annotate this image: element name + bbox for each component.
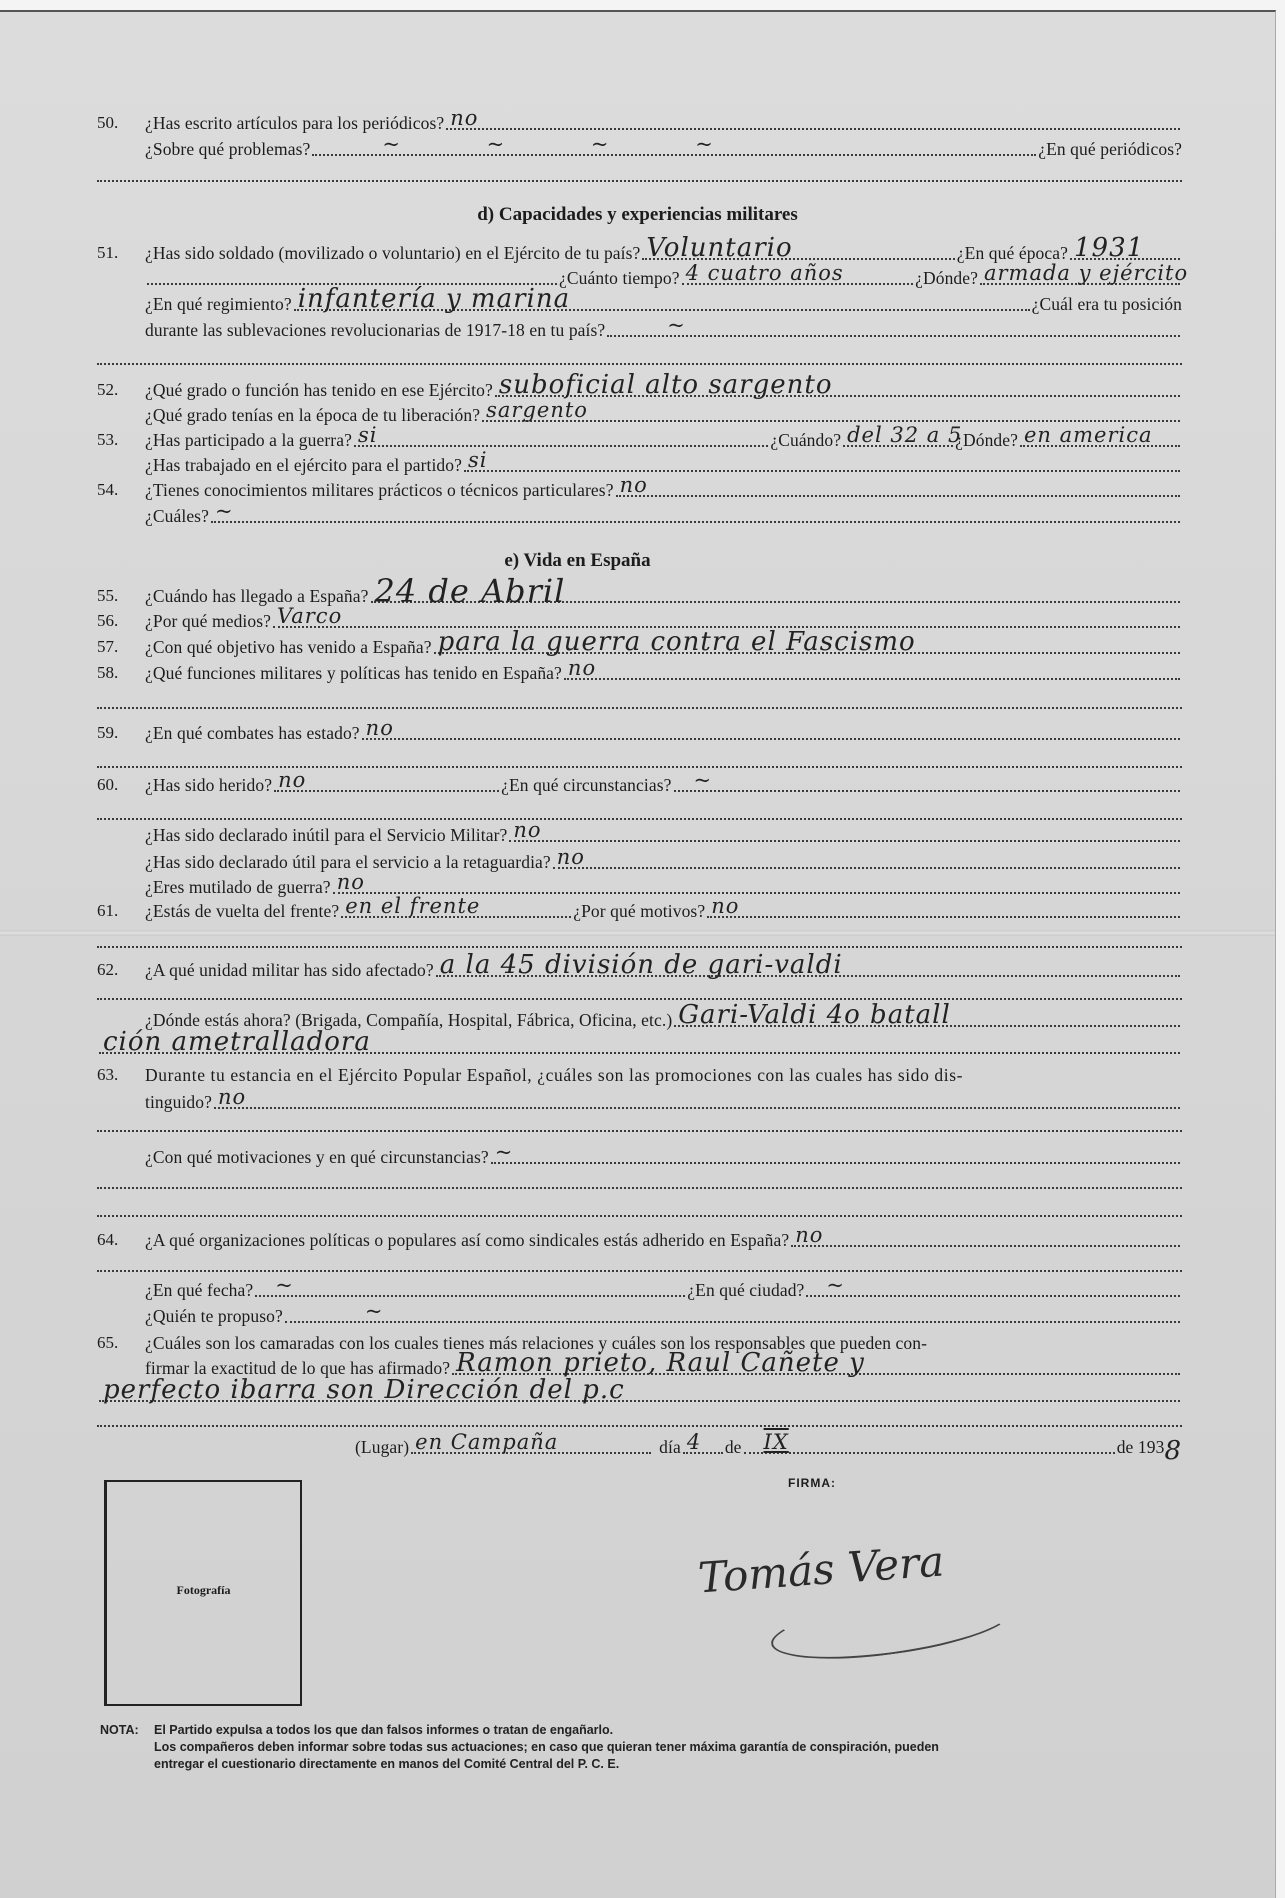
- answer-field[interactable]: a la 45 división de gari-valdi: [436, 975, 1180, 977]
- answer-field[interactable]: 4 cuatro años: [682, 283, 914, 285]
- handwritten-answer: ~: [365, 1299, 384, 1323]
- year-value: 8: [1164, 1439, 1182, 1463]
- q51-row-3: ¿En qué regimiento? infantería y marina …: [97, 292, 1182, 316]
- question-number: 54.: [97, 478, 145, 502]
- question-label: ¿En qué ciudad?: [687, 1278, 804, 1302]
- answer-field[interactable]: perfecto ibarra son Dirección del p.c: [99, 1400, 1180, 1402]
- handwritten-answer: en america: [1024, 423, 1153, 447]
- answer-field[interactable]: no: [707, 916, 1180, 918]
- q63-row-1: 63. Durante tu estancia en el Ejército P…: [97, 1063, 1182, 1087]
- answer-field[interactable]: no: [446, 128, 1180, 130]
- answer-field[interactable]: si: [354, 445, 768, 447]
- answer-field[interactable]: en america: [1020, 445, 1180, 447]
- handwritten-answer: no: [711, 894, 739, 918]
- question-label: ¿Quién te propuso?: [145, 1304, 283, 1328]
- question-label: ¿Has sido soldado (movilizado o voluntar…: [145, 241, 640, 265]
- answer-field[interactable]: en el frente: [341, 916, 571, 918]
- question-label: ¿En qué circunstancias?: [501, 773, 671, 797]
- dotted-line: [97, 363, 1182, 365]
- answer-field[interactable]: Voluntario: [642, 258, 954, 260]
- question-label: ¿Con qué motivaciones y en qué circunsta…: [145, 1145, 489, 1169]
- question-label: ¿Qué grado o función has tenido en ese E…: [145, 378, 493, 402]
- answer-field[interactable]: ~: [674, 790, 1180, 792]
- handwritten-answer: no: [568, 656, 596, 680]
- q51-row-4: durante las sublevaciones revolucionaria…: [97, 318, 1182, 342]
- q62-row-3: ción ametralladora: [97, 1035, 1182, 1059]
- answer-field[interactable]: no: [553, 867, 1180, 869]
- q63-row-3: ¿Con qué motivaciones y en qué circunsta…: [97, 1145, 1182, 1169]
- answer-field[interactable]: no: [616, 495, 1180, 497]
- handwritten-answer: si: [468, 448, 488, 472]
- dotted-line: [97, 180, 1182, 182]
- firma-label: FIRMA:: [788, 1476, 836, 1490]
- question-label: durante las sublevaciones revolucionaria…: [145, 318, 605, 342]
- dotted-line: [97, 707, 1182, 709]
- question-number: 57.: [97, 635, 145, 659]
- answer-field[interactable]: no: [274, 790, 499, 792]
- answer-field[interactable]: no: [214, 1107, 1180, 1109]
- nota-block: NOTA:El Partido expulsa a todos los que …: [100, 1722, 939, 1773]
- dotted-line: [97, 998, 1182, 1000]
- question-label: ¿Has trabajado en el ejército para el pa…: [145, 453, 462, 477]
- handwritten-answer: para la guerra contra el Fascismo: [438, 630, 916, 654]
- answer-field[interactable]: armada y ejército: [980, 283, 1180, 285]
- handwritten-answer: 24 de Abril: [375, 579, 566, 603]
- handwritten-answer: perfecto ibarra son Dirección del p.c: [103, 1378, 625, 1402]
- answer-field[interactable]: del 32 a 5: [843, 445, 953, 447]
- question-label: ¿Sobre qué problemas?: [145, 137, 310, 161]
- answer-field[interactable]: si: [464, 470, 1180, 472]
- handwritten-answer: en Campaña: [415, 1430, 558, 1454]
- photo-label: Fotografía: [107, 1583, 300, 1598]
- handwritten-answer: no: [513, 818, 541, 842]
- handwritten-answer: Voluntario: [646, 236, 792, 260]
- question-label: ¿En qué combates has estado?: [145, 721, 360, 745]
- answer-field[interactable]: no: [509, 840, 1180, 842]
- question-label: ¿Has sido declarado inútil para el Servi…: [145, 823, 507, 847]
- question-label: ¿Qué funciones militares y políticas has…: [145, 661, 562, 685]
- question-label: ¿Qué grado tenías en la época de tu libe…: [145, 403, 480, 427]
- handwritten-answer: no: [450, 106, 478, 130]
- question-label: ¿A qué organizaciones políticas o popula…: [145, 1228, 789, 1252]
- photo-box: Fotografía: [104, 1480, 302, 1706]
- section-heading-e: e) Vida en España: [0, 550, 1215, 572]
- handwritten-answer: ~: [275, 1273, 294, 1297]
- answer-field[interactable]: ~ ~ ~ ~: [312, 154, 1036, 156]
- handwritten-answer: a la 45 división de gari-valdi: [440, 953, 843, 977]
- nota-tag: NOTA:: [100, 1722, 154, 1739]
- handwritten-answer: Ramon prieto, Raul Cañete y: [456, 1351, 865, 1375]
- handwritten-answer: no: [278, 768, 306, 792]
- handwritten-answer: ~: [826, 1273, 845, 1297]
- q60-row-2: ¿Has sido declarado inútil para el Servi…: [97, 823, 1182, 847]
- question-number: 56.: [97, 609, 145, 633]
- handwritten-answer: 4: [687, 1430, 701, 1454]
- handwritten-answer: no: [795, 1223, 823, 1247]
- answer-field[interactable]: ~: [255, 1295, 685, 1297]
- handwritten-answer: 4 cuatro años: [686, 261, 844, 285]
- answer-field[interactable]: ción ametralladora: [99, 1052, 1180, 1054]
- month-field[interactable]: IX: [744, 1452, 1115, 1454]
- dotted-line: [97, 766, 1182, 768]
- answer-field[interactable]: ~: [211, 521, 1180, 523]
- nota-line-2: Los compañeros deben informar sobre toda…: [100, 1739, 939, 1756]
- q64-row-2: ¿En qué fecha? ~ ¿En qué ciudad? ~: [97, 1278, 1182, 1302]
- question-number: 50.: [97, 111, 145, 135]
- handwritten-answer: ~ ~ ~ ~: [382, 132, 752, 156]
- dotted-line: [97, 1130, 1182, 1132]
- dotted-line: [97, 1425, 1182, 1427]
- q60-row-3: ¿Has sido declarado útil para el servici…: [97, 850, 1182, 874]
- handwritten-answer: en el frente: [345, 894, 480, 918]
- handwritten-answer: no: [366, 716, 394, 740]
- q64-row-3: ¿Quién te propuso? ~: [97, 1304, 1182, 1328]
- question-label: ¿Estás de vuelta del frente?: [145, 899, 339, 923]
- question-label: ¿Con qué objetivo has venido a España?: [145, 635, 432, 659]
- question-number: 55.: [97, 584, 145, 608]
- lugar-field[interactable]: en Campaña: [411, 1452, 651, 1454]
- dia-field[interactable]: 4: [683, 1452, 723, 1454]
- q58-row: 58. ¿Qué funciones militares y políticas…: [97, 661, 1182, 685]
- question-label: tinguido?: [145, 1090, 212, 1114]
- q60-row-1: 60. ¿Has sido herido? no ¿En qué circuns…: [97, 773, 1182, 797]
- question-label: ¿Cuáles?: [145, 504, 209, 528]
- question-number: 59.: [97, 721, 145, 745]
- question-label: ¿Por qué medios?: [145, 609, 271, 633]
- answer-field[interactable]: sargento: [482, 420, 1180, 422]
- answer-field[interactable]: suboficial alto sargento: [495, 395, 1180, 397]
- dotted-line: [97, 818, 1182, 820]
- q52-row-2: ¿Qué grado tenías en la época de tu libe…: [97, 403, 1182, 427]
- question-label: ¿Has participado a la guerra?: [145, 428, 352, 452]
- q52-row-1: 52. ¿Qué grado o función has tenido en e…: [97, 378, 1182, 402]
- answer-field[interactable]: 24 de Abril: [371, 601, 1180, 603]
- dotted-line: [97, 946, 1182, 948]
- q51-row-2: ¿Cuánto tiempo? 4 cuatro años ¿Dónde? ar…: [97, 266, 1182, 290]
- q53-row-1: 53. ¿Has participado a la guerra? si ¿Cu…: [97, 428, 1182, 452]
- lugar-label: (Lugar): [355, 1435, 409, 1459]
- q65-row-3: perfecto ibarra son Dirección del p.c: [97, 1383, 1182, 1407]
- question-label: ¿Por qué motivos?: [573, 899, 705, 923]
- answer-field[interactable]: Gari-Valdi 4o batall: [674, 1025, 1180, 1027]
- handwritten-answer: Gari-Valdi 4o batall: [678, 1003, 951, 1027]
- handwritten-answer: no: [620, 473, 648, 497]
- handwritten-answer: infantería y marina: [298, 287, 570, 311]
- question-number: 60.: [97, 773, 145, 797]
- question-number: 61.: [97, 899, 145, 923]
- question-number: 52.: [97, 378, 145, 402]
- handwritten-answer: Varco: [277, 604, 342, 628]
- handwritten-answer: no: [557, 845, 585, 869]
- q50-row-2: ¿Sobre qué problemas? ~ ~ ~ ~ ¿En qué pe…: [97, 137, 1182, 161]
- answer-field[interactable]: ~: [607, 335, 1180, 337]
- q62-row-1: 62. ¿A qué unidad militar has sido afect…: [97, 958, 1182, 982]
- handwritten-answer: del 32 a 5: [847, 423, 962, 447]
- paper-fold: [0, 930, 1275, 936]
- answer-field[interactable]: infantería y marina: [294, 309, 1030, 311]
- nota-line-3: entregar el cuestionario directamente en…: [100, 1756, 939, 1773]
- answer-field[interactable]: no: [791, 1245, 1180, 1247]
- year-label: de 193: [1117, 1435, 1165, 1459]
- handwritten-answer: ción ametralladora: [103, 1030, 371, 1054]
- dotted-line: [97, 1187, 1182, 1189]
- question-label: ¿En qué regimiento?: [145, 292, 292, 316]
- q64-row-1: 64. ¿A qué organizaciones políticas o po…: [97, 1228, 1182, 1252]
- handwritten-answer: IX: [764, 1430, 789, 1454]
- question-label: ¿Eres mutilado de guerra?: [145, 875, 331, 899]
- question-label: ¿A qué unidad militar has sido afectado?: [145, 958, 434, 982]
- handwritten-answer: 1931: [1074, 236, 1144, 260]
- question-label: ¿Dónde?: [915, 266, 978, 290]
- handwritten-answer: sargento: [486, 398, 588, 422]
- nota-line-1: El Partido expulsa a todos los que dan f…: [154, 1723, 613, 1737]
- q60-row-4: ¿Eres mutilado de guerra? no: [97, 875, 1182, 899]
- question-number: 65.: [97, 1331, 145, 1355]
- q61-row: 61. ¿Estás de vuelta del frente? en el f…: [97, 899, 1182, 923]
- handwritten-answer: si: [358, 423, 378, 447]
- question-label: ¿En qué periódicos?: [1038, 137, 1182, 161]
- question-label: ¿Cuál era tu posición: [1032, 292, 1182, 316]
- question-number: 53.: [97, 428, 145, 452]
- question-label: ¿Cuánto tiempo?: [559, 266, 680, 290]
- handwritten-answer: no: [337, 870, 365, 894]
- dotted-line: [97, 1270, 1182, 1272]
- answer-field[interactable]: no: [362, 738, 1180, 740]
- q55-row: 55. ¿Cuándo has llegado a España? 24 de …: [97, 584, 1182, 608]
- answer-field[interactable]: ~: [806, 1295, 1180, 1297]
- de-label: de: [725, 1435, 742, 1459]
- answer-field[interactable]: ~: [491, 1162, 1180, 1164]
- answer-field[interactable]: 1931: [1070, 258, 1180, 260]
- section-heading-d: d) Capacidades y experiencias militares: [0, 204, 1275, 226]
- handwritten-answer: ~: [215, 499, 234, 523]
- q54-row-1: 54. ¿Tienes conocimientos militares prác…: [97, 478, 1182, 502]
- question-number: 64.: [97, 1228, 145, 1252]
- question-number: 62.: [97, 958, 145, 982]
- question-number: 51.: [97, 241, 145, 265]
- handwritten-answer: ~: [495, 1140, 514, 1164]
- q54-row-2: ¿Cuáles? ~: [97, 504, 1182, 528]
- question-label: ¿Cuándo?: [770, 428, 841, 452]
- q57-row: 57. ¿Con qué objetivo has venido a Españ…: [97, 635, 1182, 659]
- answer-field[interactable]: no: [564, 678, 1180, 680]
- question-number: 58.: [97, 661, 145, 685]
- handwritten-answer: no: [218, 1085, 246, 1109]
- dia-label: día: [659, 1435, 681, 1459]
- question-label: Durante tu estancia en el Ejército Popul…: [145, 1063, 963, 1087]
- dotted-line: [97, 1215, 1182, 1217]
- question-label: ¿En qué fecha?: [145, 1278, 253, 1302]
- q63-row-2: tinguido? no: [97, 1090, 1182, 1114]
- handwritten-answer: suboficial alto sargento: [499, 373, 833, 397]
- q59-row: 59. ¿En qué combates has estado? no: [97, 721, 1182, 745]
- handwritten-answer: ~: [694, 768, 713, 792]
- handwritten-answer: armada y ejército: [984, 261, 1188, 285]
- question-label: ¿Dónde?: [955, 428, 1018, 452]
- place-date-row: (Lugar) en Campaña día 4 de IX de 193 8: [355, 1435, 1182, 1459]
- answer-field[interactable]: ~: [285, 1321, 1180, 1323]
- answer-field[interactable]: para la guerra contra el Fascismo: [434, 652, 1180, 654]
- handwritten-answer: ~: [667, 313, 686, 337]
- question-number: 63.: [97, 1063, 145, 1087]
- question-label: ¿Has sido herido?: [145, 773, 272, 797]
